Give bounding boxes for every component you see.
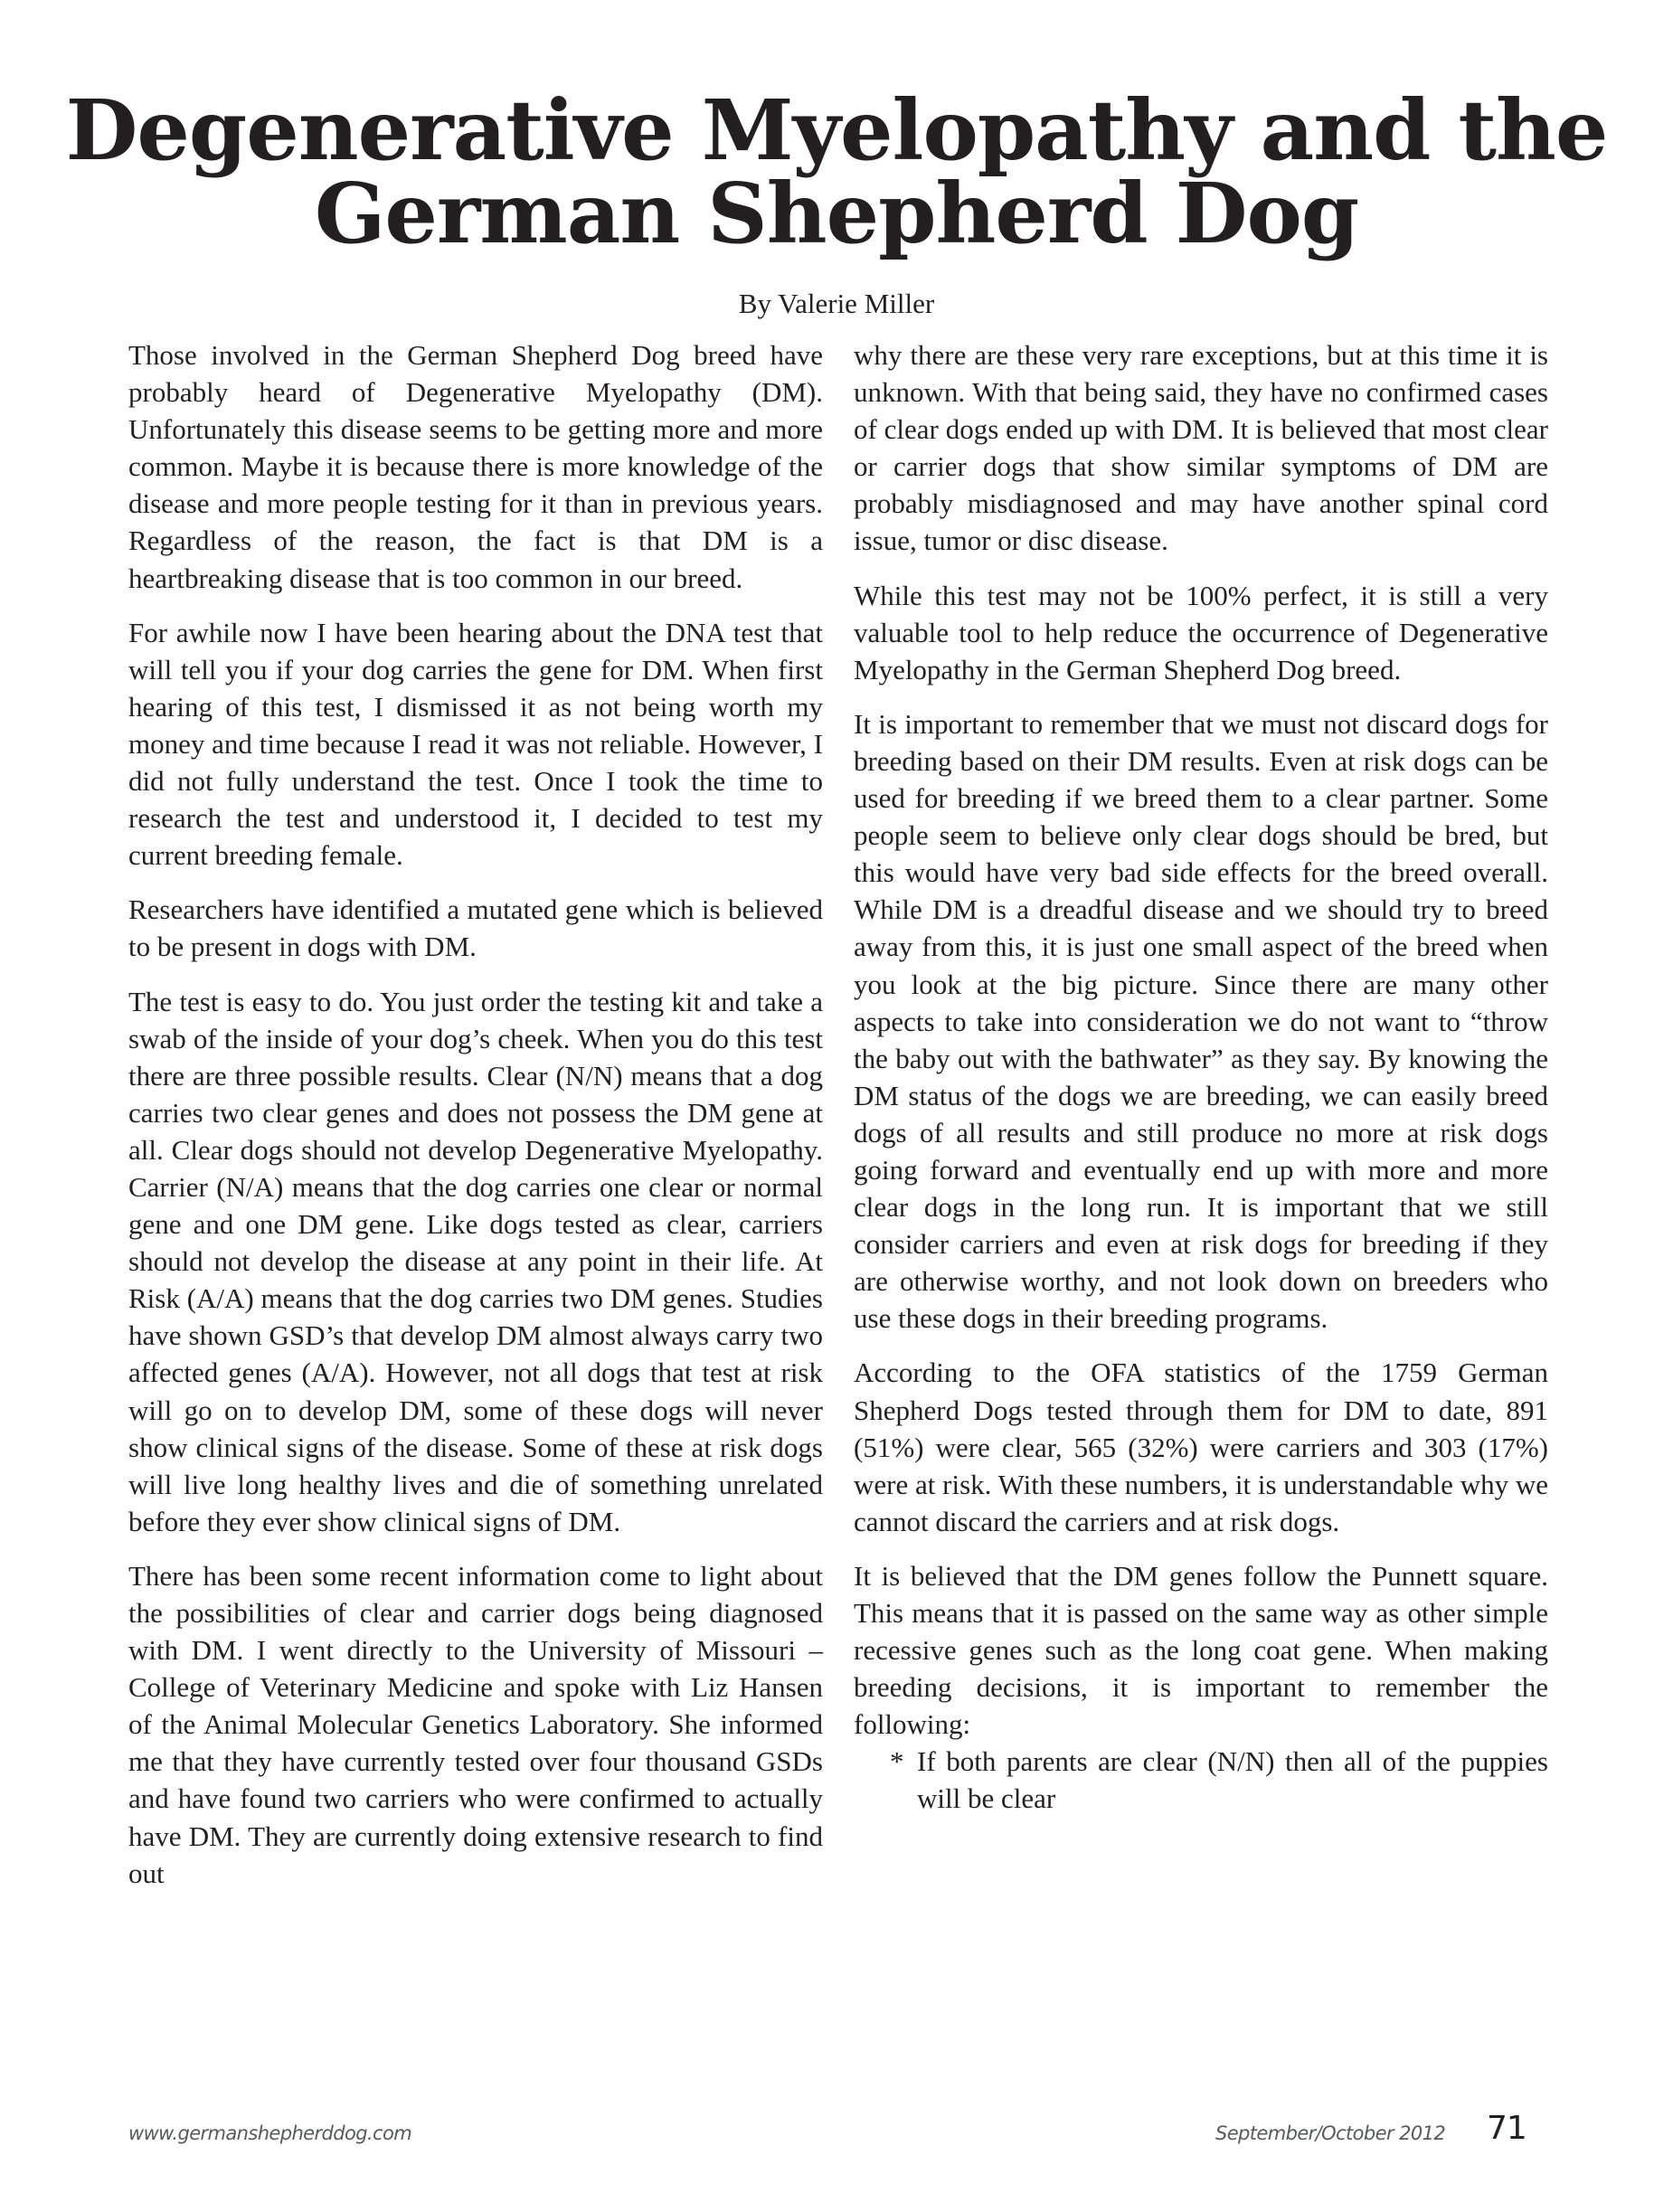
byline: By Valerie Miller xyxy=(0,288,1673,320)
paragraph: While this test may not be 100% perfect,… xyxy=(854,577,1548,688)
article-title-line-1: Degenerative Myelopathy and the xyxy=(0,89,1673,172)
asterisk-bullet-icon: * xyxy=(890,1743,917,1817)
article-title-line-2: German Shepherd Dog xyxy=(0,172,1673,255)
left-column: Those involved in the German Shepherd Do… xyxy=(128,336,823,1909)
bullet-text: If both parents are clear (N/N) then all… xyxy=(917,1743,1548,1817)
footer-website-link[interactable]: www.germanshepherddog.com xyxy=(128,2122,411,2145)
paragraph: Those involved in the German Shepherd Do… xyxy=(128,336,823,597)
footer-issue-date: September/October 2012 xyxy=(1215,2122,1445,2145)
paragraph: It is believed that the DM genes follow … xyxy=(854,1557,1548,1743)
paragraph: There has been some recent information c… xyxy=(128,1557,823,1892)
paragraph: The test is easy to do. You just order t… xyxy=(128,983,823,1540)
page-number: 71 xyxy=(1487,2111,1526,2147)
paragraph: According to the OFA statistics of the 1… xyxy=(854,1354,1548,1539)
article-title: Degenerative Myelopathy and the German S… xyxy=(0,89,1673,255)
paragraph: It is important to remember that we must… xyxy=(854,705,1548,1338)
paragraph: why there are these very rare exceptions… xyxy=(854,336,1548,560)
paragraph: Researchers have identified a mutated ge… xyxy=(128,891,823,965)
bullet-item: * If both parents are clear (N/N) then a… xyxy=(890,1743,1548,1817)
paragraph: For awhile now I have been hearing about… xyxy=(128,614,823,874)
right-column: why there are these very rare exceptions… xyxy=(854,336,1548,1818)
